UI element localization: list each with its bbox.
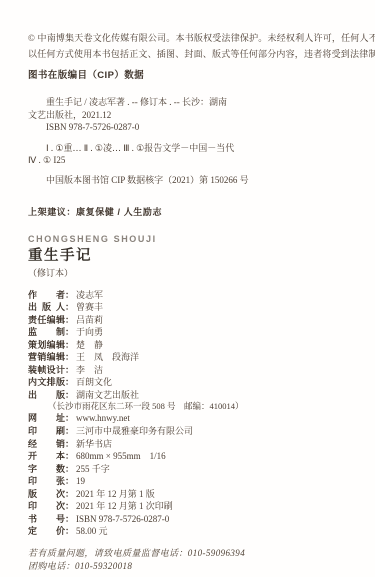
book-colophon-page: © 中南博集天卷文化传媒有限公司。本书版权受法律保护。未经权利人许可，任何人不得… <box>0 0 375 577</box>
credit-colon: ： <box>65 365 74 375</box>
credit-colon: ： <box>65 352 74 362</box>
credit-row: 作者：凌志军 <box>28 289 349 302</box>
credit-colon: ： <box>65 451 74 461</box>
quality-hotline-notes: 若有质量问题，请致电质量监督电话：010-59096394团购电话：010-59… <box>28 547 349 574</box>
credit-label: 出版人 <box>28 301 65 314</box>
credit-colon: ： <box>65 526 74 536</box>
credit-value: 新华书店 <box>76 439 112 449</box>
credit-label: 装帧设计 <box>28 364 65 377</box>
credit-colon: ： <box>65 439 74 449</box>
credit-value: ISBN 978-7-5726-0287-0 <box>76 514 169 524</box>
credit-colon: ： <box>65 390 74 400</box>
credit-label: 版次 <box>28 488 65 501</box>
credit-label: 责任编辑 <box>28 314 65 327</box>
credit-row: 网址：www.hnwy.net <box>28 412 349 425</box>
credit-address: （长沙市雨花区东二环一段 508 号 邮编：410014） <box>28 401 349 412</box>
credit-value: 三河市中晟雅豪印务有限公司 <box>76 426 193 436</box>
credit-value: www.hnwy.net <box>76 413 130 423</box>
credit-row: 装帧设计：李 洁 <box>28 364 349 377</box>
credit-value: 于向勇 <box>76 327 103 337</box>
credit-colon: ： <box>65 501 74 511</box>
cip-entry-line: ISBN 978-7-5726-0287-0 <box>28 121 349 134</box>
credit-row: 出版：湖南文艺出版社（长沙市雨花区东二环一段 508 号 邮编：410014） <box>28 389 349 413</box>
credit-value: 255 千字 <box>76 464 110 474</box>
credit-colon: ： <box>65 413 74 423</box>
credit-row: 营销编辑：王 凤 段海洋 <box>28 351 349 364</box>
credit-value: 王 凤 段海洋 <box>76 352 139 362</box>
credit-label: 印次 <box>28 500 65 513</box>
credit-label: 出版 <box>28 389 65 402</box>
credit-row: 责任编辑：吕苗莉 <box>28 314 349 327</box>
credit-label: 网址 <box>28 412 65 425</box>
cip-entry-line: 重生手记 / 凌志军著 . -- 修订本 . -- 长沙：湖南 <box>28 96 349 109</box>
copyright-line: © 中南博集天卷文化传媒有限公司。本书版权受法律保护。未经权利人许可，任何人不得 <box>28 30 349 46</box>
credit-row: 内文排版：百朗文化 <box>28 376 349 389</box>
credit-label: 印刷 <box>28 425 65 438</box>
copyright-notice: © 中南博集天卷文化传媒有限公司。本书版权受法律保护。未经权利人许可，任何人不得… <box>28 30 349 62</box>
credit-row: 印张：19 <box>28 475 349 488</box>
credit-row: 开本：680mm × 955mm 1/16 <box>28 450 349 463</box>
credit-colon: ： <box>65 489 74 499</box>
note-line: 团购电话：010-59320018 <box>28 560 349 574</box>
credit-label: 策划编辑 <box>28 339 65 352</box>
cip-record-number: 中国版本图书馆 CIP 数据核字（2021）第 150266 号 <box>28 174 349 187</box>
credit-value: 曾赛丰 <box>76 302 103 312</box>
credit-colon: ： <box>65 514 74 524</box>
credit-value: 2021 年 12 月第 1 版 <box>76 489 155 499</box>
credit-colon: ： <box>65 302 74 312</box>
cip-class-line: Ⅳ . ① I25 <box>28 154 349 167</box>
publication-credits-list: 作者：凌志军出版人：曾赛丰责任编辑：吕苗莉监制：于向勇策划编辑：楚 静营销编辑：… <box>28 289 349 538</box>
note-line: 若有质量问题，请致电质量监督电话：010-59096394 <box>28 547 349 561</box>
credit-value: 680mm × 955mm 1/16 <box>76 451 166 461</box>
credit-label: 字数 <box>28 463 65 476</box>
credit-colon: ： <box>65 464 74 474</box>
credit-colon: ： <box>65 290 74 300</box>
credit-row: 版次：2021 年 12 月第 1 版 <box>28 488 349 501</box>
credit-row: 定价：58.00 元 <box>28 525 349 538</box>
cip-entry-line: 文艺出版社，2021.12 <box>28 109 349 122</box>
credit-label: 内文排版 <box>28 376 65 389</box>
copyright-line: 以任何方式使用本书包括正文、插图、封面、版式等任何部分内容，违者将受到法律制裁。 <box>28 46 349 62</box>
credit-colon: ： <box>65 377 74 387</box>
credit-row: 监制：于向勇 <box>28 326 349 339</box>
credit-row: 字数：255 千字 <box>28 463 349 476</box>
credit-label: 开本 <box>28 450 65 463</box>
credit-label: 作者 <box>28 289 65 302</box>
credit-colon: ： <box>65 476 74 486</box>
credit-label: 书号 <box>28 513 65 526</box>
credit-value: 凌志军 <box>76 290 103 300</box>
credit-colon: ： <box>65 327 74 337</box>
credit-value: 湖南文艺出版社 <box>76 390 139 400</box>
credit-row: 经销：新华书店 <box>28 438 349 451</box>
credit-value: 楚 静 <box>76 340 103 350</box>
credit-label: 营销编辑 <box>28 351 65 364</box>
credit-label: 监制 <box>28 326 65 339</box>
credit-value: 2021 年 12 月第 1 次印刷 <box>76 501 173 511</box>
credit-value: 58.00 元 <box>76 526 108 536</box>
credit-row: 书号：ISBN 978-7-5726-0287-0 <box>28 513 349 526</box>
credit-row: 出版人：曾赛丰 <box>28 301 349 314</box>
cip-classification: Ⅰ . ①重… Ⅱ . ①凌… Ⅲ . ①报告文学－中国－当代Ⅳ . ① I25 <box>28 142 349 167</box>
cip-data-header: 图书在版编目（CIP）数据 <box>28 69 349 83</box>
book-title: 重生手记 <box>28 248 349 265</box>
credit-value: 百朗文化 <box>76 377 112 387</box>
credit-value: 吕苗莉 <box>76 315 103 325</box>
credit-row: 印刷：三河市中晟雅豪印务有限公司 <box>28 425 349 438</box>
edition-note: （修订本） <box>28 267 349 279</box>
credit-label: 印张 <box>28 475 65 488</box>
credit-label: 定价 <box>28 525 65 538</box>
credit-row: 印次：2021 年 12 月第 1 次印刷 <box>28 500 349 513</box>
cip-class-line: Ⅰ . ①重… Ⅱ . ①凌… Ⅲ . ①报告文学－中国－当代 <box>28 142 349 155</box>
credit-value: 19 <box>76 476 85 486</box>
cip-catalog-entry: 重生手记 / 凌志军著 . -- 修订本 . -- 长沙：湖南文艺出版社，202… <box>28 96 349 134</box>
shelving-suggestion: 上架建议：康复保健 / 人生励志 <box>28 206 349 219</box>
credit-colon: ： <box>65 315 74 325</box>
credit-value: 李 洁 <box>76 365 103 375</box>
credit-colon: ： <box>65 426 74 436</box>
credit-colon: ： <box>65 340 74 350</box>
credit-row: 策划编辑：楚 静 <box>28 339 349 352</box>
credit-label: 经销 <box>28 438 65 451</box>
title-pinyin: CHONGSHENG SHOUJI <box>28 233 349 245</box>
